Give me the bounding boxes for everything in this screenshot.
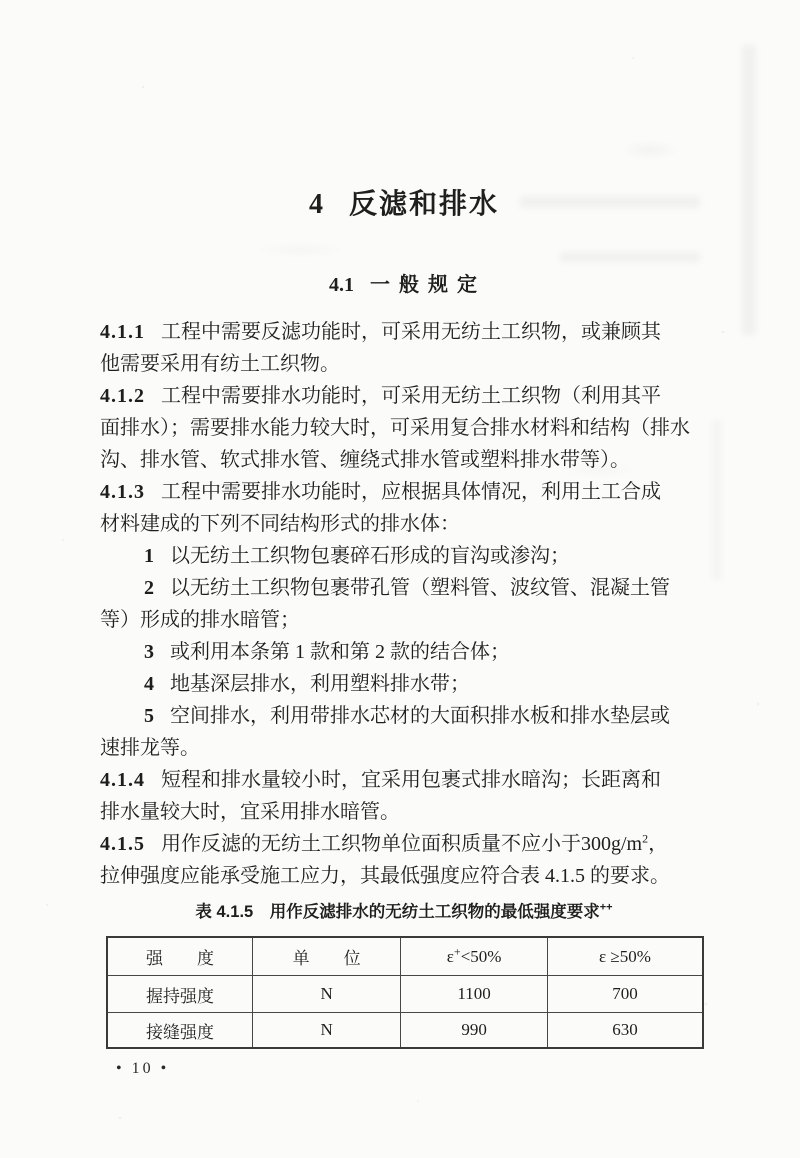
item-number: 2 [144, 577, 154, 599]
section-title: 一 般 规 定 [370, 274, 479, 296]
value-cell: 990 [401, 1013, 548, 1049]
col-header-eps-ge50: ε ≥50% [547, 937, 703, 976]
page-content: 4反滤和排水 4.1一 般 规 定 4.1.1工程中需要反滤功能时，可采用无纺土… [100, 0, 708, 1158]
text-line: 2以无纺土工织物包裹带孔管（塑料管、波纹管、混凝土管 [100, 572, 708, 604]
text-line: 1以无纺土工织物包裹碎石形成的盲沟或渗沟； [100, 540, 708, 572]
epsilon-symbol: ε [447, 947, 454, 966]
clause-text: 排水量较大时，宜采用排水暗管。 [100, 801, 400, 823]
item-text: 或利用本条第 1 款和第 2 款的结合体； [170, 641, 510, 663]
strength-name-cell: 接缝强度 [107, 1013, 252, 1049]
table-caption-superscript: ++ [600, 902, 613, 914]
clause-text: 工程中需要排水功能时，可采用无纺土工织物（利用其平 [161, 385, 661, 407]
document-page: 4反滤和排水 4.1一 般 规 定 4.1.1工程中需要反滤功能时，可采用无纺土… [0, 0, 800, 1158]
clause-text: ， [648, 833, 668, 855]
min-strength-table: 强 度 单 位 ε+<50% ε ≥50% 握持强度 N 1100 700 接缝… [106, 936, 704, 1049]
text-line: 材料建成的下列不同结构形式的排水体： [100, 508, 708, 540]
item-number: 4 [144, 673, 154, 695]
item-text: 以无纺土工织物包裹碎石形成的盲沟或渗沟； [170, 545, 570, 567]
clause-text: 用作反滤的无纺土工织物单位面积质量不应小于300g/m [161, 833, 642, 855]
clause-text: 材料建成的下列不同结构形式的排水体： [100, 513, 460, 535]
chapter-title: 反滤和排水 [349, 189, 499, 220]
text-line: 拉伸强度应能承受施工应力，其最低强度应符合表 4.1.5 的要求。 [100, 860, 708, 892]
text-line: 4.1.4短程和排水量较小时，宜采用包裹式排水暗沟；长距离和 [100, 764, 708, 796]
text-line: 4.1.1工程中需要反滤功能时，可采用无纺土工织物，或兼顾其 [100, 316, 708, 348]
unit-cell: N [252, 1013, 400, 1049]
value-cell: 700 [547, 976, 703, 1013]
page-number: • 10 • [116, 1060, 169, 1078]
chapter-number: 4 [309, 189, 325, 220]
text-line: 面排水）；需要排水能力较大时，可采用复合排水材料和结构（排水 [100, 412, 708, 444]
clause-text: 他需要采用有纺土工织物。 [100, 353, 340, 375]
strength-name-cell: 握持强度 [107, 976, 252, 1013]
clause-text: 沟、排水管、软式排水管、缠绕式排水管或塑料排水带等）。 [100, 449, 630, 471]
item-text: 空间排水，利用带排水芯材的大面积排水板和排水垫层或 [170, 705, 670, 727]
clause-number: 4.1.5 [100, 833, 145, 855]
item-text: 地基深层排水，利用塑料排水带； [170, 673, 470, 695]
body-text: 4.1.1工程中需要反滤功能时，可采用无纺土工织物，或兼顾其 他需要采用有纺土工… [100, 316, 708, 892]
table-header-row: 强 度 单 位 ε+<50% ε ≥50% [107, 937, 703, 976]
clause-text: 短程和排水量较小时，宜采用包裹式排水暗沟；长距离和 [161, 769, 661, 791]
scan-ghost-mark [742, 45, 756, 335]
clause-number: 4.1.3 [100, 481, 145, 503]
col-header-strength: 强 度 [107, 937, 252, 976]
clause-text: 工程中需要排水功能时，应根据具体情况，利用土工合成 [161, 481, 661, 503]
section-number: 4.1 [329, 274, 354, 296]
col-header-eps-lt50: ε+<50% [401, 937, 548, 976]
epsilon-condition: <50% [461, 947, 502, 966]
clause-number: 4.1.4 [100, 769, 145, 791]
text-line: 4.1.5用作反滤的无纺土工织物单位面积质量不应小于300g/m2， [100, 828, 708, 860]
item-text: 等）形成的排水暗管； [100, 609, 300, 631]
scan-ghost-mark [712, 420, 722, 580]
item-text: 速排龙等。 [100, 737, 200, 759]
item-text: 以无纺土工织物包裹带孔管（塑料管、波纹管、混凝土管 [170, 577, 670, 599]
text-line: 4.1.3工程中需要排水功能时，应根据具体情况，利用土工合成 [100, 476, 708, 508]
table-caption-text: 表 4.1.5 用作反滤排水的无纺土工织物的最低强度要求 [195, 903, 599, 921]
table-row: 握持强度 N 1100 700 [107, 976, 703, 1013]
clause-number: 4.1.2 [100, 385, 145, 407]
table-row: 接缝强度 N 990 630 [107, 1013, 703, 1049]
text-line: 速排龙等。 [100, 732, 708, 764]
epsilon-superscript-plus: + [454, 944, 461, 958]
text-line: 5空间排水，利用带排水芯材的大面积排水板和排水垫层或 [100, 700, 708, 732]
value-cell: 630 [547, 1013, 703, 1049]
text-line: 4地基深层排水，利用塑料排水带； [100, 668, 708, 700]
text-line: 等）形成的排水暗管； [100, 604, 708, 636]
section-heading: 4.1一 般 规 定 [100, 268, 708, 297]
clause-text: 拉伸强度应能承受施工应力，其最低强度应符合表 4.1.5 的要求。 [100, 865, 670, 887]
clause-text: 面排水）；需要排水能力较大时，可采用复合排水材料和结构（排水 [100, 417, 690, 439]
text-line: 他需要采用有纺土工织物。 [100, 348, 708, 380]
clause-text: 工程中需要反滤功能时，可采用无纺土工织物，或兼顾其 [161, 321, 661, 343]
text-line: 排水量较大时，宜采用排水暗管。 [100, 796, 708, 828]
item-number: 1 [144, 545, 154, 567]
text-line: 3或利用本条第 1 款和第 2 款的结合体； [100, 636, 708, 668]
table-caption: 表 4.1.5 用作反滤排水的无纺土工织物的最低强度要求++ [100, 899, 708, 925]
chapter-heading: 4反滤和排水 [100, 182, 708, 222]
unit-cell: N [252, 976, 400, 1013]
text-line: 4.1.2工程中需要排水功能时，可采用无纺土工织物（利用其平 [100, 380, 708, 412]
value-cell: 1100 [401, 976, 548, 1013]
item-number: 3 [144, 641, 154, 663]
col-header-unit: 单 位 [252, 937, 400, 976]
clause-number: 4.1.1 [100, 321, 145, 343]
item-number: 5 [144, 705, 154, 727]
text-line: 沟、排水管、软式排水管、缠绕式排水管或塑料排水带等）。 [100, 444, 708, 476]
